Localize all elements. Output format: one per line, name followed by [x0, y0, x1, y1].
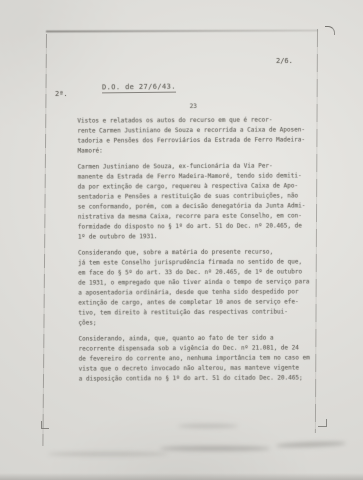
text-line: Mamoré: [77, 145, 309, 156]
margin-note: 2ª. [55, 90, 68, 98]
document-heading: D.O. de 27/6/43. [102, 83, 176, 94]
ruled-line-left [42, 34, 47, 446]
document-body: 23 Vistos e relatados os autos do recurs… [77, 101, 311, 390]
page-bottom-edge-shadow [276, 441, 346, 448]
corner-mark-bottom-right [318, 419, 327, 427]
corner-mark-top-right [325, 26, 335, 35]
paragraph [77, 112, 309, 113]
section-number: 23 [77, 101, 309, 112]
page-bottom-edge-shadow [48, 452, 168, 456]
text-line: tivo, tem direito à restituição das resp… [78, 307, 310, 318]
corner-mark-bottom-left [41, 421, 49, 429]
photo-bottom-vignette [0, 473, 363, 480]
ruled-line-right [315, 29, 318, 433]
text-line: ções; [78, 317, 310, 328]
text-line: 1º de outubro de 1931. [78, 231, 310, 242]
page-bottom-edge-shadow [160, 446, 270, 451]
text-line: tadoria e Pensões dos Ferroviários da Es… [77, 135, 309, 146]
text-line: formidade do disposto no § 1º do art. 51… [78, 221, 310, 232]
text-line: a disposição contida no § 1º do art. 51 … [79, 373, 311, 384]
page-number: 2/6. [276, 57, 293, 65]
ruled-line-top [46, 30, 318, 33]
document-photo: 2/6. 2ª. D.O. de 27/6/43. 23 Vistos e re… [0, 0, 363, 480]
paper-smudge [178, 424, 238, 428]
